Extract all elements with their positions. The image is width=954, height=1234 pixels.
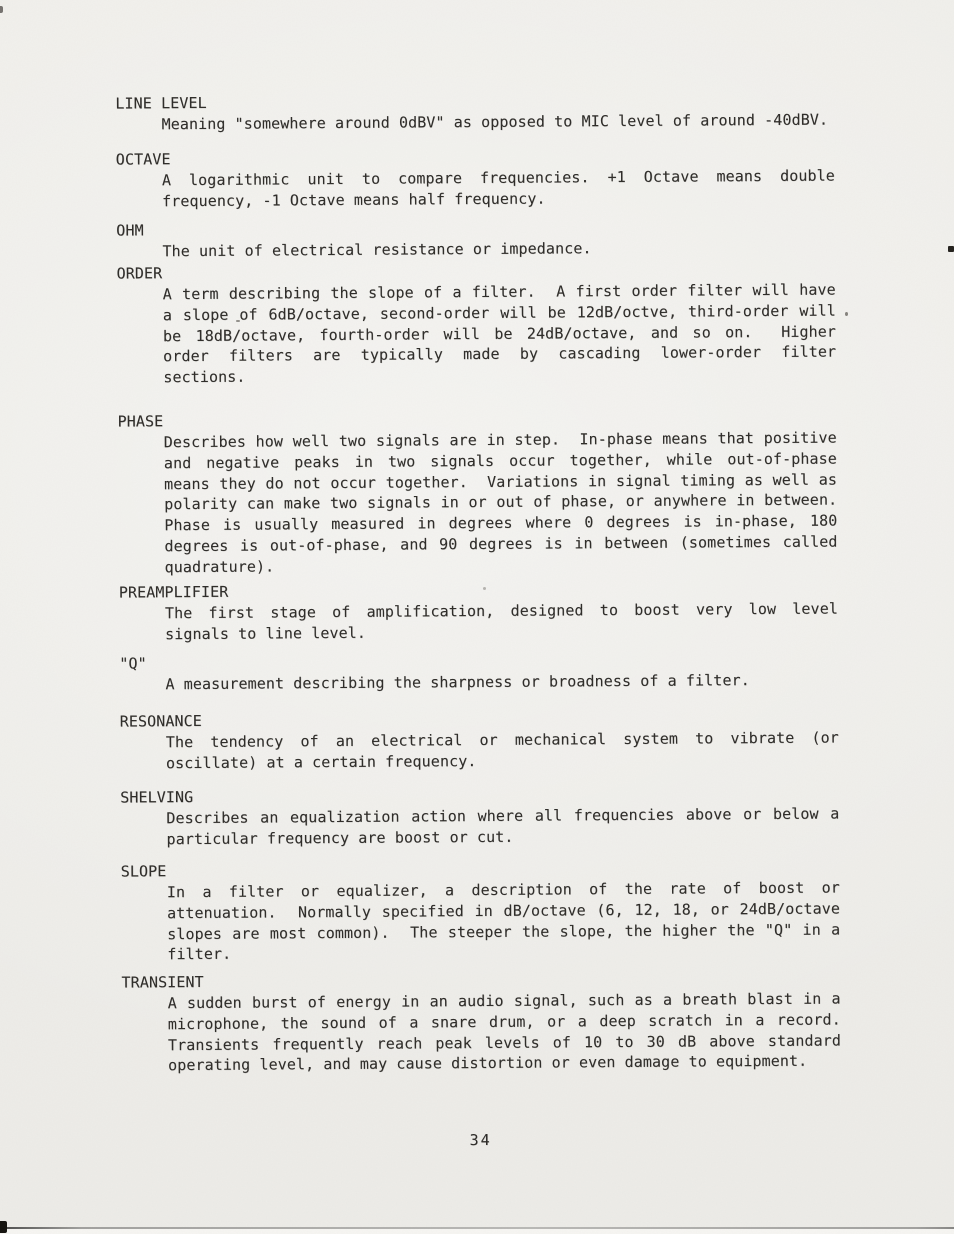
definition-line: signals to line level. <box>165 619 838 644</box>
glossary-entry: SHELVINGDescribes an equalization action… <box>120 782 839 850</box>
definition-line: particular frequency are boost or cut. <box>166 824 839 849</box>
definition-line: Meaning "somewhere around 0dBV" as oppos… <box>161 110 834 135</box>
glossary-definition: A sudden burst of energy in an audio sig… <box>168 988 842 1076</box>
glossary-entry: RESONANCEThe tendency of an electrical o… <box>120 706 839 774</box>
scan-tilt-wrapper: LINE LEVELMeaning "somewhere around 0dBV… <box>0 0 954 1234</box>
definition-line: oscillate) at a certain frequency. <box>166 748 839 773</box>
glossary-list: LINE LEVELMeaning "somewhere around 0dBV… <box>0 0 954 1234</box>
glossary-entry: OHMThe unit of electrical resistance or … <box>116 216 835 263</box>
glossary-definition: Describes an equalization action where a… <box>166 803 839 849</box>
glossary-definition: The unit of electrical resistance or imp… <box>162 237 835 262</box>
definition-line: quadrature). <box>165 552 838 577</box>
glossary-definition: A measurement describing the sharpness o… <box>165 669 838 694</box>
glossary-entry: PREAMPLIFIERThe first stage of amplifica… <box>119 578 838 646</box>
definition-line: The unit of electrical resistance or imp… <box>162 237 835 262</box>
glossary-entry: "Q"A measurement describing the sharpnes… <box>119 648 838 695</box>
definition-line: filter. <box>167 940 840 965</box>
glossary-definition: In a filter or equalizer, a description … <box>167 877 841 965</box>
glossary-definition: Meaning "somewhere around 0dBV" as oppos… <box>161 110 834 135</box>
glossary-entry: TRANSIENTA sudden burst of energy in an … <box>121 967 841 1076</box>
glossary-entry: OCTAVEA logarithmic unit to compare freq… <box>116 145 835 213</box>
definition-line: A measurement describing the sharpness o… <box>165 669 838 694</box>
glossary-entry: PHASEDescribes how well two signals are … <box>118 407 838 579</box>
glossary-definition: The tendency of an electrical or mechani… <box>166 727 839 773</box>
glossary-definition: Describes how well two signals are in st… <box>164 428 838 578</box>
glossary-entry: SLOPEIn a filter or equalizer, a descrip… <box>121 856 841 965</box>
glossary-definition: The first stage of amplification, design… <box>165 599 838 645</box>
glossary-definition: A term describing the slope of a filter.… <box>163 280 837 389</box>
definition-line: operating level, and may cause distortio… <box>168 1051 841 1076</box>
scanned-page: LINE LEVELMeaning "somewhere around 0dBV… <box>0 0 954 1234</box>
glossary-definition: A logarithmic unit to compare frequencie… <box>162 166 835 212</box>
glossary-entry: LINE LEVELMeaning "somewhere around 0dBV… <box>115 89 834 136</box>
glossary-entry: ORDERA term describing the slope of a fi… <box>117 259 837 389</box>
definition-line: frequency, -1 Octave means half frequenc… <box>162 186 835 211</box>
